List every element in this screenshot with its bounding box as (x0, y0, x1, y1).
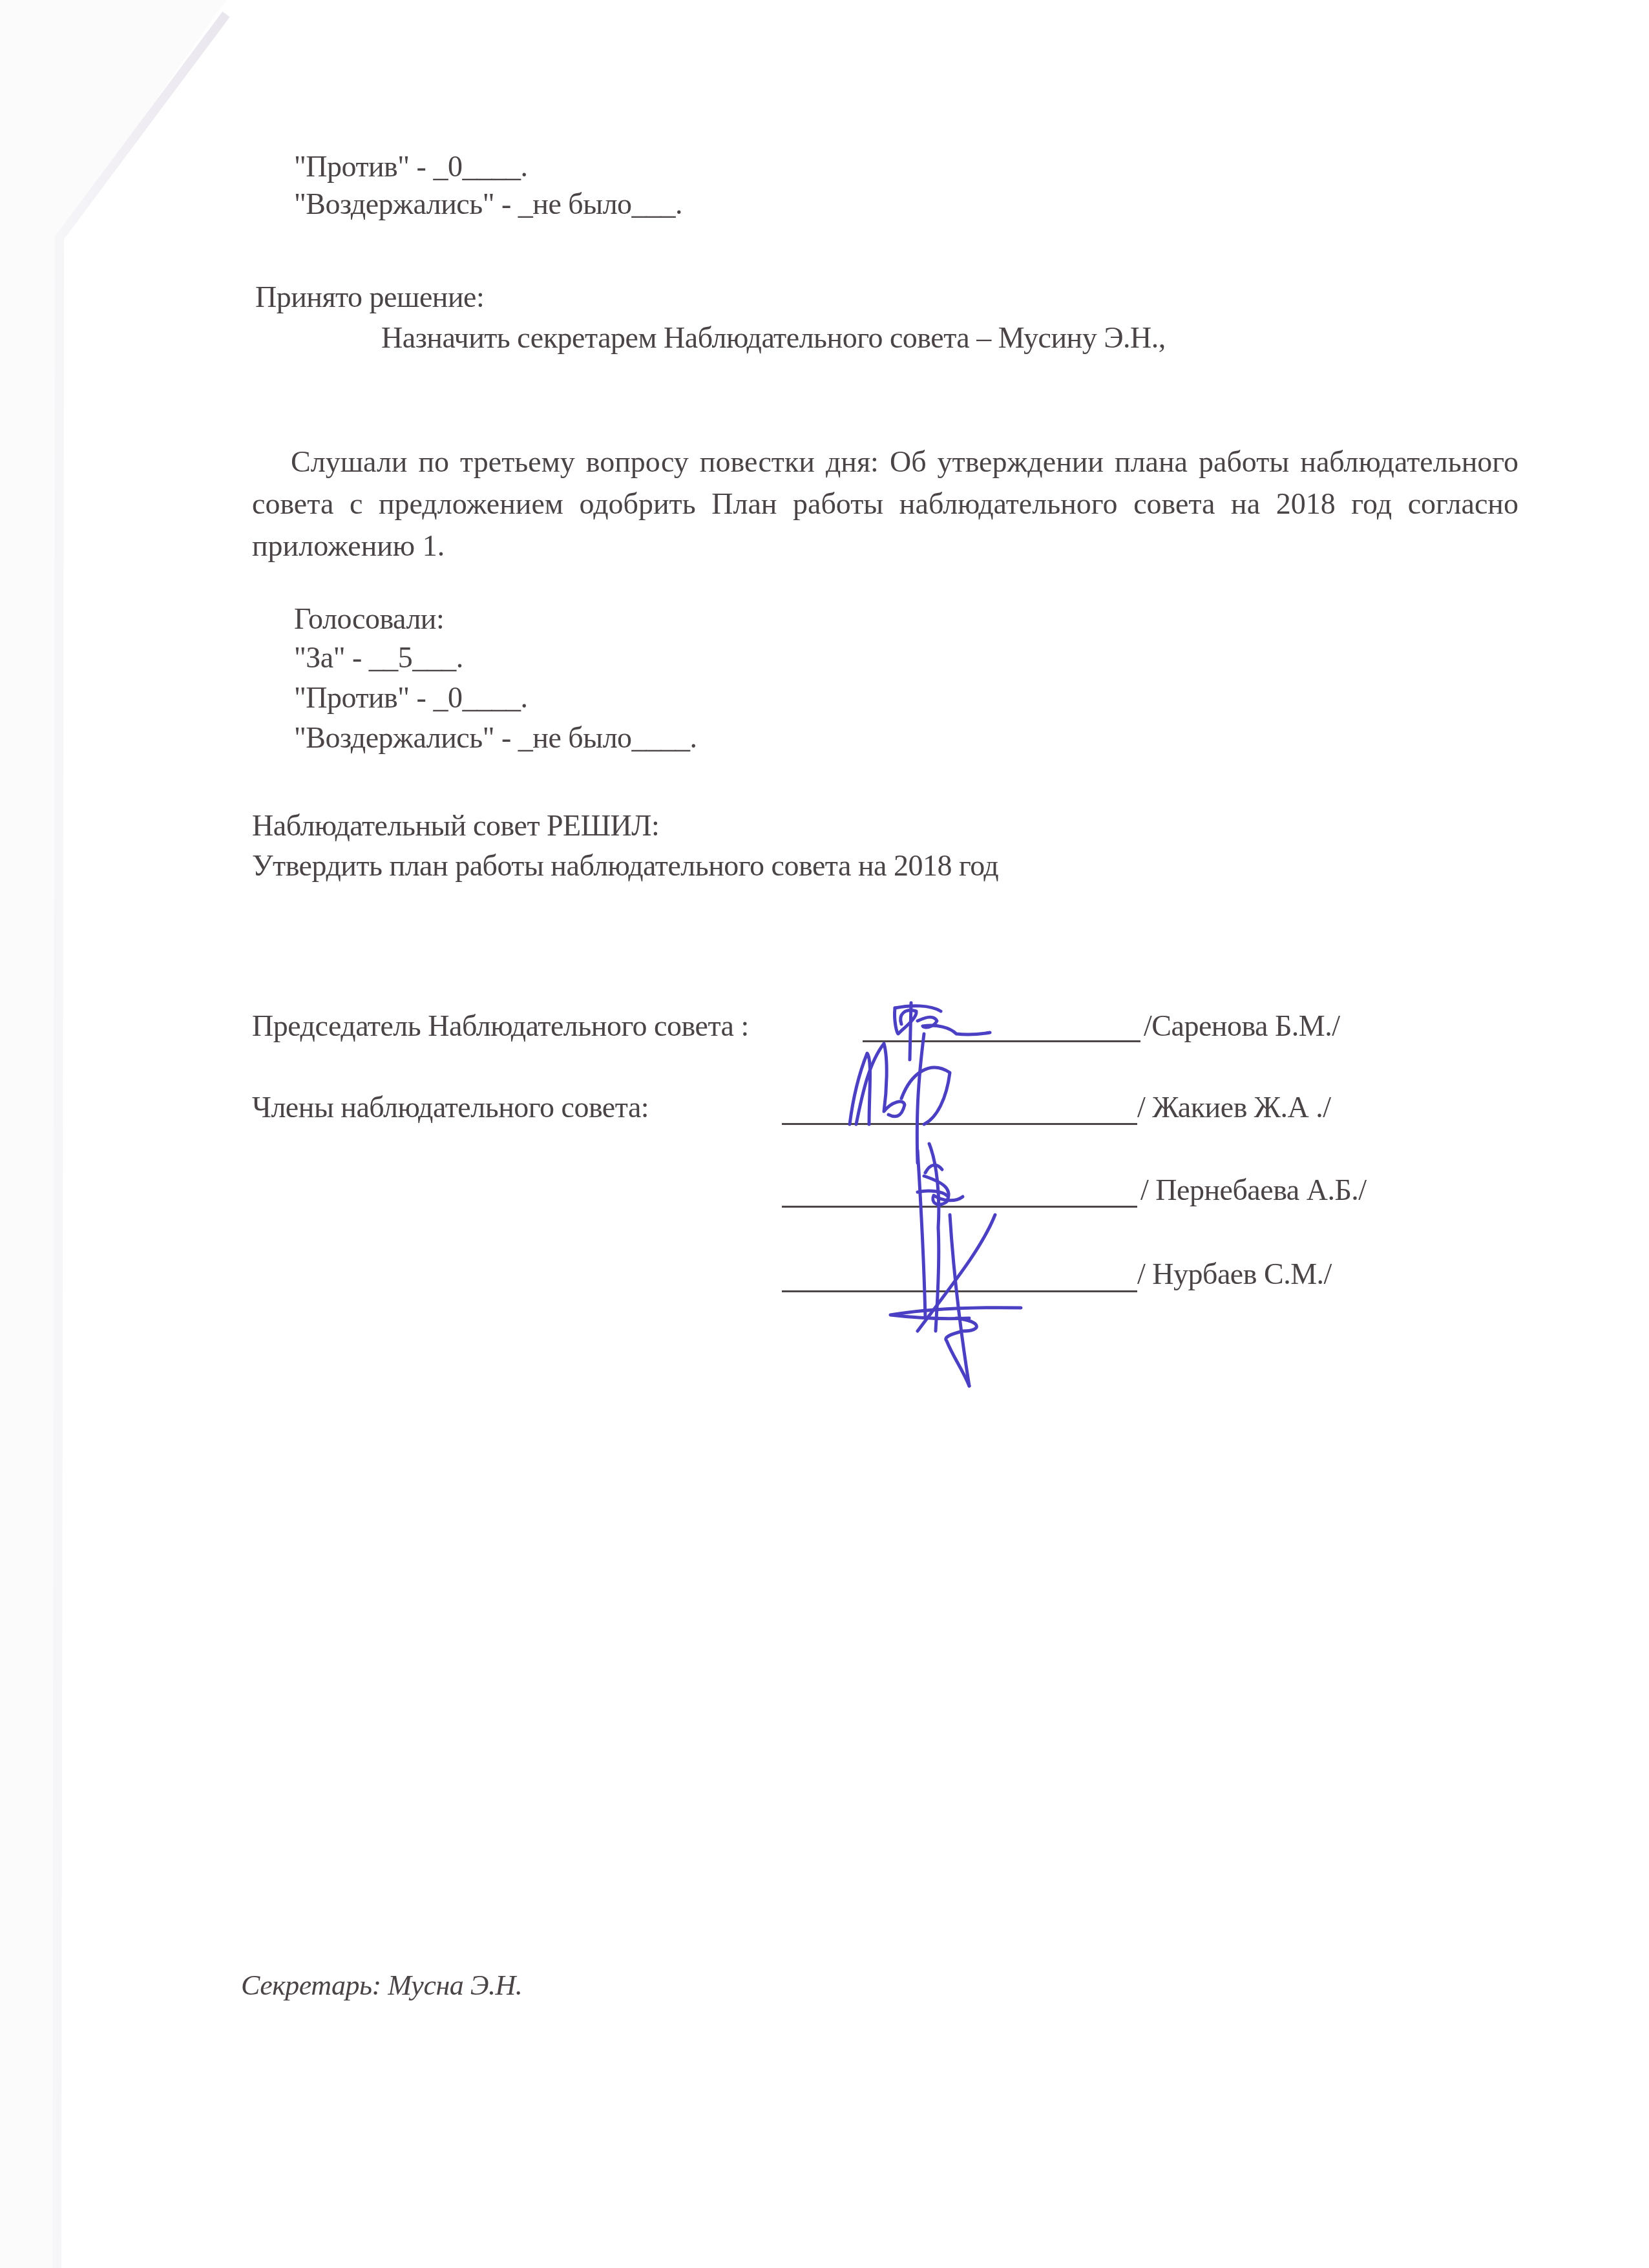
chair-label: Председатель Наблюдательного совета : (252, 1008, 749, 1044)
chair-signature-stroke (895, 1008, 917, 1034)
member-name-3: / Нурбаев С.М./ (1137, 1256, 1332, 1292)
decision-heading-1: Принято решение: (255, 279, 484, 315)
chair-signature-line (863, 1040, 1140, 1042)
vote-for-2: "За" - __5___. (294, 640, 463, 676)
member-signature-line-3 (782, 1290, 1137, 1292)
chair-name: /Саренова Б.М./ (1144, 1008, 1340, 1044)
member2-signature-stroke (918, 1150, 925, 1318)
decision-heading-2: Наблюдательный совет РЕШИЛ: (252, 808, 659, 844)
member-name-1: / Жакиев Ж.А ./ (1137, 1089, 1331, 1126)
secretary-line: Секретарь: Мусна Э.Н. (241, 1968, 522, 2004)
vote-abstained-2: "Воздержались" - _не было____. (294, 720, 697, 756)
member1-signature-stroke (850, 1053, 870, 1124)
agenda-item-3-paragraph: Слушали по третьему вопросу повестки дня… (252, 441, 1518, 567)
vote-against-2: "Против" - _0____. (294, 680, 527, 716)
members-label: Члены наблюдательного совета: (252, 1089, 649, 1126)
decision-text-2: Утвердить план работы наблюдательного со… (252, 848, 998, 884)
member-signature-line-1 (782, 1123, 1137, 1125)
member-signature-line-2 (782, 1206, 1137, 1208)
vote-heading-2: Голосовали: (294, 601, 444, 637)
member3-signature-stroke (918, 1215, 995, 1331)
member-name-2: / Пернебаева А.Б./ (1140, 1172, 1367, 1208)
vote-against-1: "Против" - _0____. (294, 149, 527, 185)
vote-abstained-1: "Воздержались" - _не было___. (294, 186, 682, 222)
decision-text-1: Назначить секретарем Наблюдательного сов… (381, 320, 1166, 356)
